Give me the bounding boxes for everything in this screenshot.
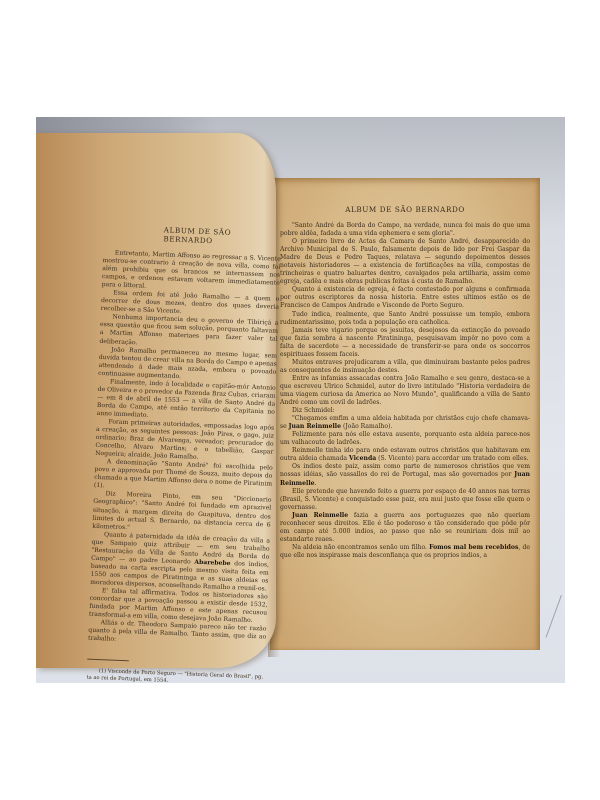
paragraph: Entre as infamias assacadas contra João … [280, 375, 530, 407]
book-photo: ALBUM DE SÃO BERNARDO "Santo André da Bo… [36, 117, 565, 683]
paragraph: Finalmente, indo á localidade o capitão-… [97, 378, 276, 425]
paragraph: Juan Reinmelle fazia a guerra aos portug… [280, 512, 530, 544]
page-body-text: Entretanto, Martim Affonso ao regressar … [88, 249, 281, 650]
paragraph: Elle pretende que havendo feito a guerra… [280, 488, 530, 512]
page-body-text: "Santo André da Borda do Campo, na verda… [280, 222, 530, 560]
footnote-rule [87, 659, 129, 662]
paragraph: Quanto á paternidade da idéa de creação … [90, 530, 270, 593]
right-page: ALBUM DE SÃO BERNARDO "Santo André da Bo… [270, 178, 540, 650]
paragraph: Jamais teve vigario porque os jesuitas, … [280, 327, 530, 359]
surface-crack [546, 595, 562, 638]
paragraph: Quanto á existencia de egreja, é facto c… [280, 286, 530, 310]
paragraph: Felizmente para nós elle estava ausente,… [280, 431, 530, 447]
left-page: ALBUM DE SÃO BERNARDO Entretanto, Martim… [36, 133, 276, 668]
paragraph: O primeiro livro de Actas da Camara de S… [280, 238, 530, 286]
paragraph: Entretanto, Martim Affonso ao regressar … [101, 249, 280, 296]
paragraph: Diz Moreira Pinto, em seu "Diccionario G… [92, 490, 271, 537]
paragraph: Tudo indica, realmente, que Santo André … [280, 311, 530, 327]
paragraph: Reinmelle tinha ido para onde estavam ou… [280, 447, 530, 463]
running-header: ALBUM DE SÃO BERNARDO [163, 225, 282, 248]
paragraph: "Chegamos emfim a uma aldeia habitada po… [280, 415, 530, 431]
paragraph: Foram primeiras autoridades, empossadas … [95, 418, 274, 465]
paragraph: Diz Schmidel: [280, 407, 530, 415]
running-header: ALBUM DE SÃO BERNARDO [280, 205, 530, 214]
footnote: (1) Visconde de Porto Seguro — "Historia… [86, 668, 264, 683]
paragraph: Na aldeia não encontramos senão um filho… [280, 544, 530, 560]
paragraph: Os indios deste paiz, assim como parte d… [280, 463, 530, 487]
paragraph: "Santo André da Borda do Campo, na verda… [280, 222, 530, 238]
paragraph: Muitos entraves prejudicaram a villa, qu… [280, 359, 530, 375]
